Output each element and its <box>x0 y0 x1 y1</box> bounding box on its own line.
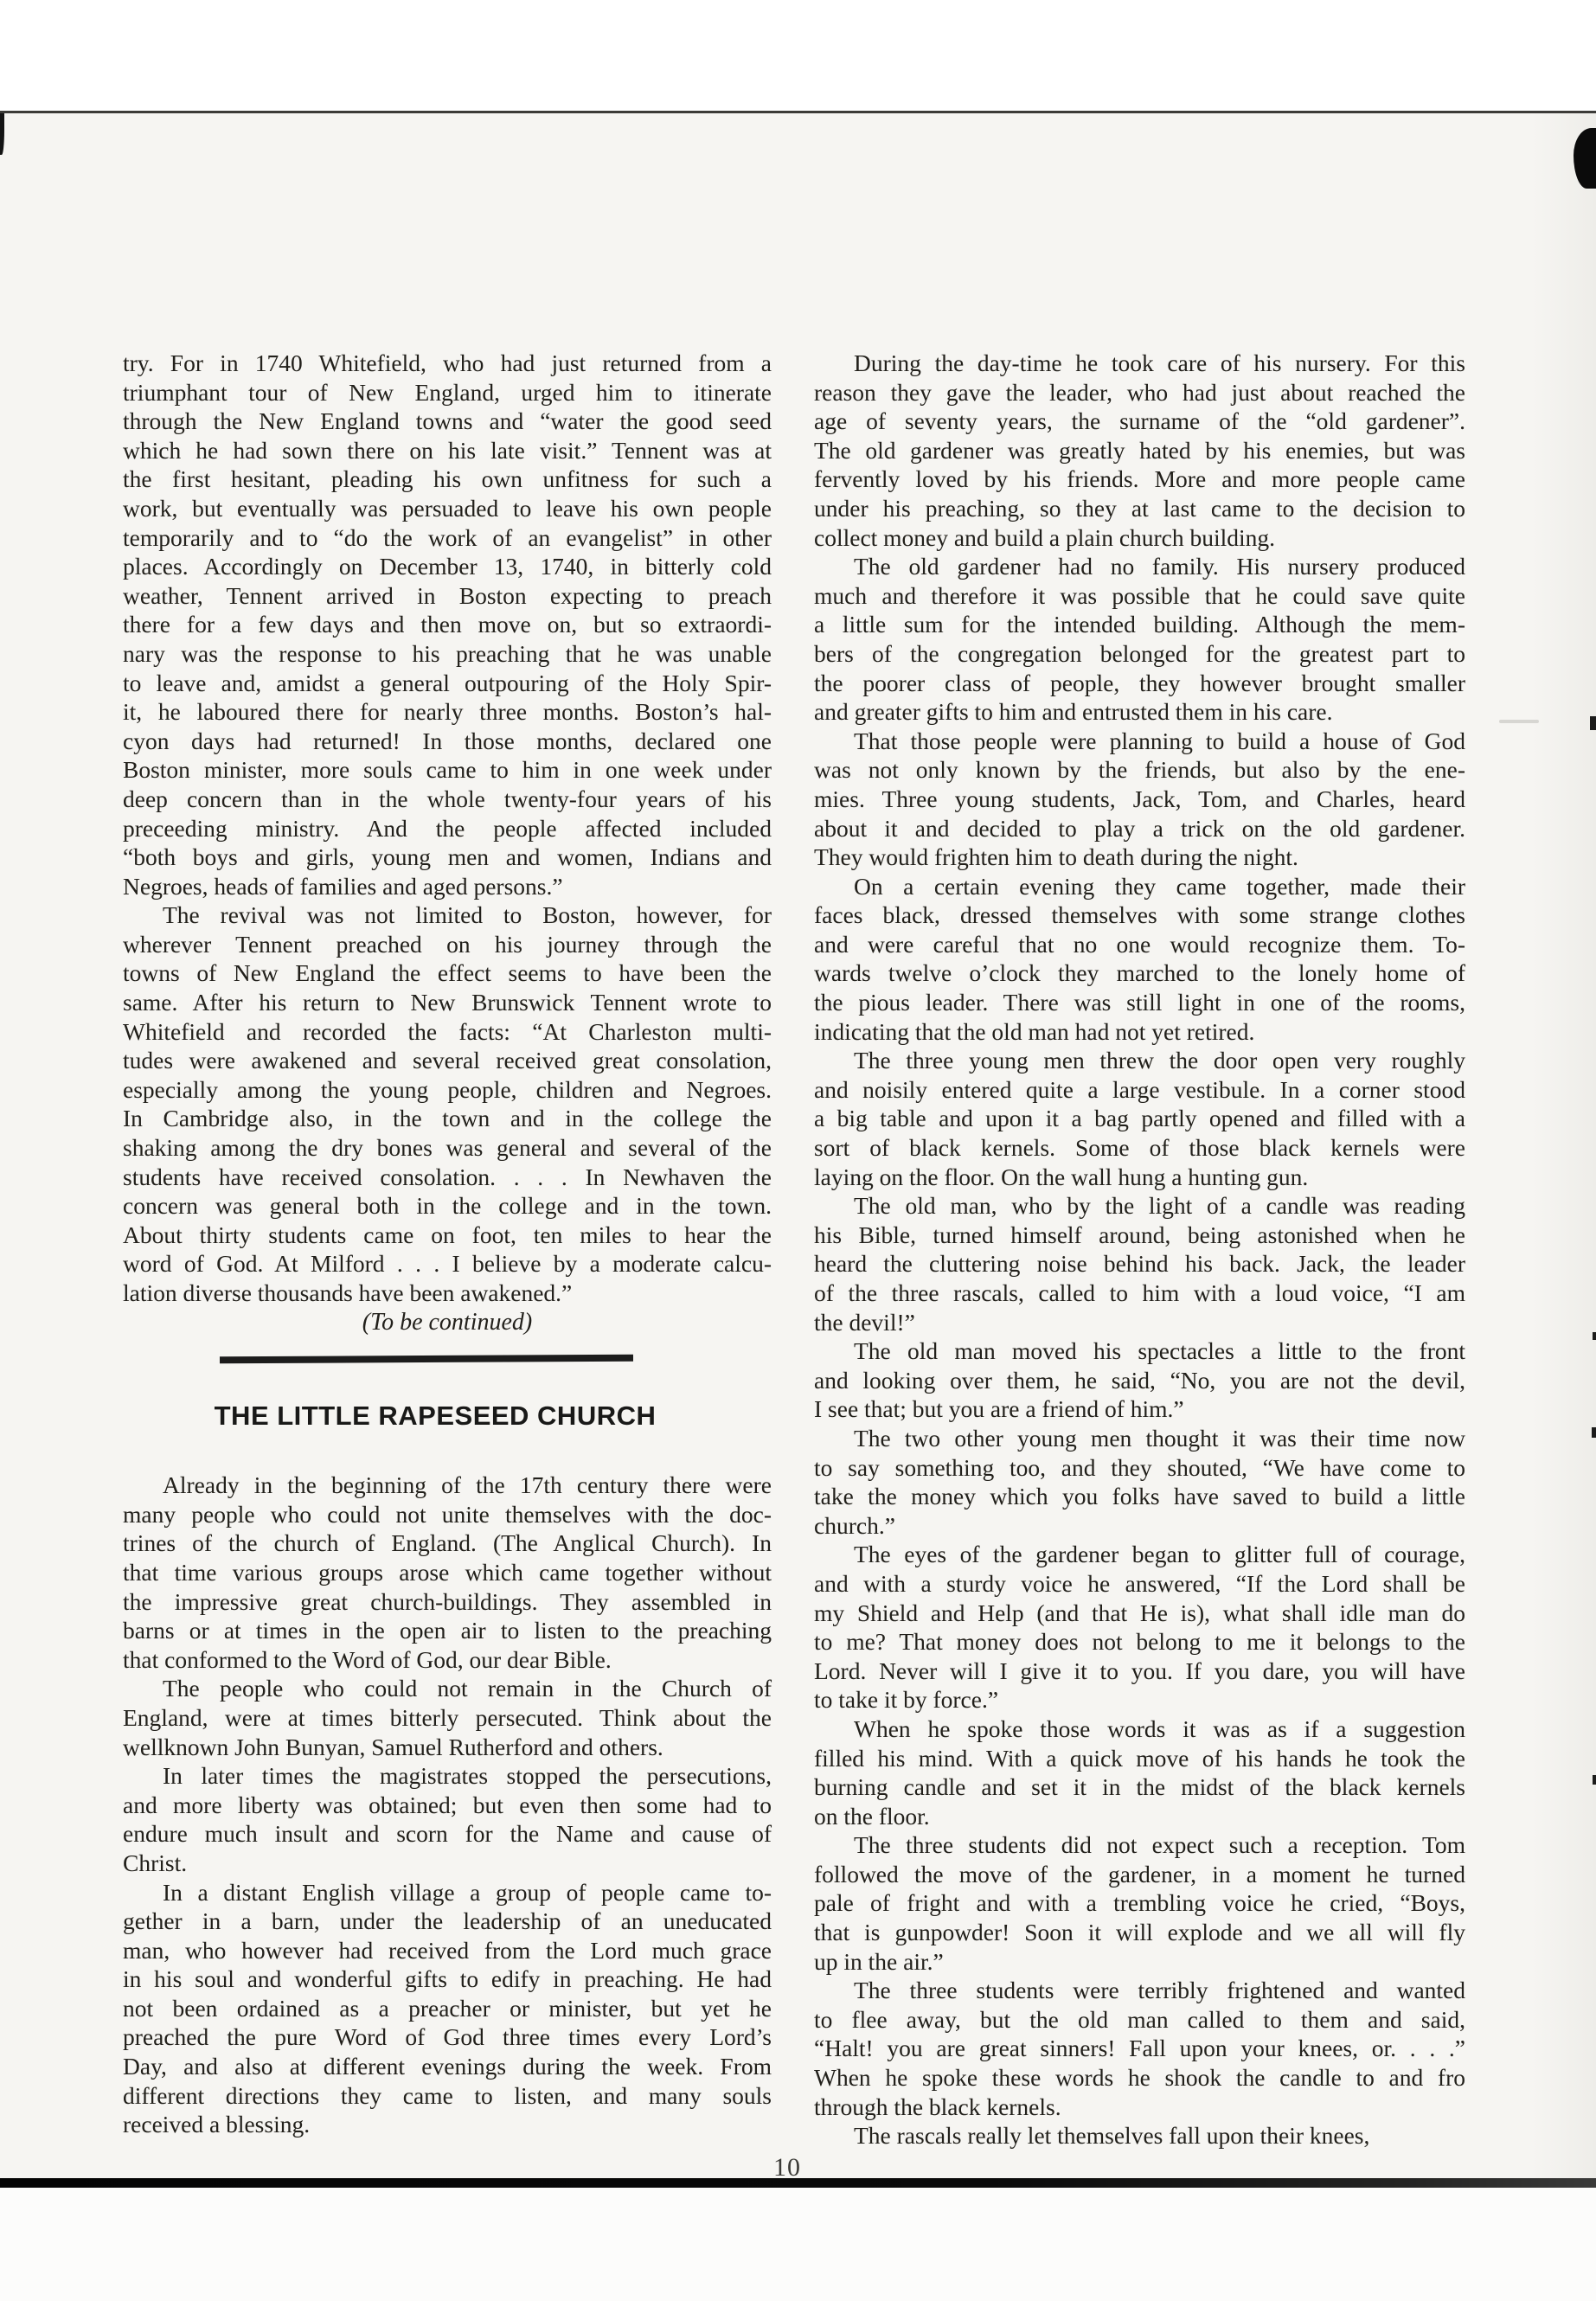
text-line: on the floor. <box>814 1802 1465 1831</box>
text-line: and more liberty was obtained; but even … <box>123 1791 772 1820</box>
text-line: When he spoke these words he shook the c… <box>814 2063 1465 2093</box>
paragraph: try. For in 1740 Whitefield, who had jus… <box>123 349 772 901</box>
paragraph: The old man moved his spectacles a littl… <box>814 1336 1465 1424</box>
text-line: work, but eventually was persuaded to le… <box>123 494 772 523</box>
scan-bottom-bar <box>0 2178 1596 2188</box>
text-line: try. For in 1740 Whitefield, who had jus… <box>123 349 772 378</box>
text-line: to me? That money does not belong to me … <box>814 1627 1465 1657</box>
text-line: wherever Tennent preached on his journey… <box>123 930 772 959</box>
text-line: same. After his return to New Brunswick … <box>123 988 772 1017</box>
text-line: burning candle and set it in the midst o… <box>814 1772 1465 1802</box>
text-line: The old man moved his spectacles a littl… <box>814 1336 1465 1366</box>
text-line: gether in a barn, under the leadership o… <box>123 1907 772 1936</box>
text-line: About thirty students came on foot, ten … <box>123 1221 772 1250</box>
text-line: Boston minister, more souls came to him … <box>123 755 772 785</box>
text-line: of the three rascals, called to him with… <box>814 1279 1465 1308</box>
text-line: about it and decided to play a trick on … <box>814 814 1465 843</box>
text-line: followed the move of the gardener, in a … <box>814 1860 1465 1889</box>
text-line: I see that; but you are a friend of him.… <box>814 1394 1465 1424</box>
text-line: England, were at times bitterly persecut… <box>123 1703 772 1733</box>
text-line: age of seventy years, the surname of the… <box>814 407 1465 436</box>
text-line: received a blessing. <box>123 2110 772 2139</box>
text-line: concern was general both in the college … <box>123 1191 772 1221</box>
text-line: under his preaching, so they at last cam… <box>814 494 1465 523</box>
text-line: fervently loved by his friends. More and… <box>814 465 1465 494</box>
text-line: “both boys and girls, young men and wome… <box>123 843 772 872</box>
paragraph: The people who could not remain in the C… <box>123 1674 772 1761</box>
text-line: places. Accordingly on December 13, 1740… <box>123 552 772 581</box>
text-line: The old man, who by the light of a candl… <box>814 1191 1465 1221</box>
text-line: to say something too, and they shouted, … <box>814 1453 1465 1483</box>
paragraph: When he spoke those words it was as if a… <box>814 1715 1465 1830</box>
text-line: wellknown John Bunyan, Samuel Rutherford… <box>123 1733 772 1762</box>
text-line: The three students did not expect such a… <box>814 1830 1465 1860</box>
paragraph: The old man, who by the light of a candl… <box>814 1191 1465 1336</box>
text-line: barns or at times in the open air to lis… <box>123 1616 772 1645</box>
text-line: preached the pure Word of God three time… <box>123 2022 772 2052</box>
text-line: triumphant tour of New England, urged hi… <box>123 378 772 407</box>
text-line: Already in the beginning of the 17th cen… <box>123 1471 772 1500</box>
text-line: through the New England towns and “water… <box>123 407 772 436</box>
text-line: The three students were terribly frighte… <box>814 1976 1465 2005</box>
text-line: Day, and also at different evenings duri… <box>123 2052 772 2081</box>
text-line: to flee away, but the old man called to … <box>814 2005 1465 2035</box>
scan-artifact-scratch <box>1499 720 1539 723</box>
text-line: word of God. At Milford . . . I believe … <box>123 1249 772 1279</box>
text-line: the first hesitant, pleading his own unf… <box>123 465 772 494</box>
text-line: Negroes, heads of families and aged pers… <box>123 872 772 901</box>
text-line: pale of fright and with a trembling voic… <box>814 1888 1465 1918</box>
text-line: his Bible, turned himself around, being … <box>814 1221 1465 1250</box>
text-column-left: try. For in 1740 Whitefield, who had jus… <box>123 349 772 2139</box>
text-line: lation diverse thousands have been awake… <box>123 1279 772 1308</box>
scan-artifact-tick <box>1590 716 1596 730</box>
text-line: Whitefield and recorded the facts: “At C… <box>123 1017 772 1047</box>
text-line: In a distant English village a group of … <box>123 1878 772 1907</box>
paragraph: Already in the beginning of the 17th cen… <box>123 1471 772 1674</box>
scan-artifact-tick <box>1593 1332 1596 1340</box>
paragraph: The three young men threw the door open … <box>814 1046 1465 1191</box>
text-line: students have received consolation. . . … <box>123 1163 772 1192</box>
text-line: They would frighten him to death during … <box>814 843 1465 872</box>
text-line: The revival was not limited to Boston, h… <box>123 901 772 930</box>
text-line: there for a few days and then move on, b… <box>123 610 772 639</box>
text-line: During the day-time he took care of his … <box>814 349 1465 378</box>
text-line: The old gardener had no family. His nurs… <box>814 552 1465 581</box>
text-line: not been ordained as a preacher or minis… <box>123 1994 772 2023</box>
text-line: cyon days had returned! In those months,… <box>123 727 772 756</box>
text-line: the pious leader. There was still light … <box>814 988 1465 1017</box>
paragraph: The three students were terribly frighte… <box>814 1976 1465 2121</box>
text-line: wards twelve o’clock they marched to the… <box>814 958 1465 988</box>
text-column-right: During the day-time he took care of his … <box>814 349 1465 2150</box>
text-line: When he spoke those words it was as if a… <box>814 1715 1465 1744</box>
paragraph: The three students did not expect such a… <box>814 1830 1465 1976</box>
text-line: The two other young men thought it was t… <box>814 1424 1465 1453</box>
text-line: sort of black kernels. Some of those bla… <box>814 1133 1465 1163</box>
text-line: nary was the response to his preaching t… <box>123 639 772 669</box>
text-line: a big table and upon it a bag partly ope… <box>814 1104 1465 1133</box>
text-line: that is gunpowder! Soon it will explode … <box>814 1918 1465 1947</box>
text-line: different directions they came to listen… <box>123 2081 772 2111</box>
text-line: that time various groups arose which cam… <box>123 1558 772 1587</box>
text-line: the impressive great church-buildings. T… <box>123 1587 772 1617</box>
text-line: faces black, dressed themselves with som… <box>814 901 1465 930</box>
text-line: filled his mind. With a quick move of hi… <box>814 1744 1465 1773</box>
text-line: The eyes of the gardener began to glitte… <box>814 1540 1465 1569</box>
text-line: take the money which you folks have save… <box>814 1482 1465 1511</box>
text-line: and were careful that no one would recog… <box>814 930 1465 959</box>
text-line: That those people were planning to build… <box>814 727 1465 756</box>
text-line: reason they gave the leader, who had jus… <box>814 378 1465 407</box>
paragraph: The two other young men thought it was t… <box>814 1424 1465 1540</box>
text-line: many people who could not unite themselv… <box>123 1500 772 1529</box>
text-line: towns of New England the effect seems to… <box>123 958 772 988</box>
scan-artifact-tick <box>1592 1427 1596 1438</box>
text-line: collect money and build a plain church b… <box>814 523 1465 553</box>
text-line: On a certain evening they came together,… <box>814 872 1465 901</box>
text-line: The rascals really let themselves fall u… <box>814 2121 1465 2150</box>
to-be-continued-note: (To be continued) <box>123 1308 772 1337</box>
text-line: In later times the magistrates stopped t… <box>123 1761 772 1791</box>
text-line: mies. Three young students, Jack, Tom, a… <box>814 785 1465 814</box>
text-line: preceeding ministry. And the people affe… <box>123 814 772 843</box>
text-line: and noisily entered quite a large vestib… <box>814 1075 1465 1105</box>
text-line: endure much insult and scorn for the Nam… <box>123 1819 772 1849</box>
text-line: deep concern than in the whole twenty-fo… <box>123 785 772 814</box>
text-line: church.” <box>814 1511 1465 1541</box>
text-line: up in the air.” <box>814 1947 1465 1977</box>
text-line: in his soul and wonderful gifts to edify… <box>123 1965 772 1994</box>
text-line: the devil!” <box>814 1308 1465 1337</box>
text-line: it, he laboured there for nearly three m… <box>123 697 772 727</box>
paragraph: In a distant English village a group of … <box>123 1878 772 2139</box>
text-line: heard the cluttering noise behind his ba… <box>814 1249 1465 1279</box>
scan-artifact-tick <box>1593 1775 1596 1785</box>
paragraph: During the day-time he took care of his … <box>814 349 1465 552</box>
paragraph: The rascals really let themselves fall u… <box>814 2121 1465 2150</box>
text-line: and greater gifts to him and entrusted t… <box>814 697 1465 727</box>
text-line: The people who could not remain in the C… <box>123 1674 772 1703</box>
text-line: Lord. Never will I give it to you. If yo… <box>814 1657 1465 1686</box>
scan-margin-bottom <box>0 2188 1596 2301</box>
text-line: to take it by force.” <box>814 1685 1465 1715</box>
text-line: The old gardener was greatly hated by hi… <box>814 436 1465 465</box>
text-line: laying on the floor. On the wall hung a … <box>814 1163 1465 1192</box>
article-title: THE LITTLE RAPESEED CHURCH <box>123 1400 772 1431</box>
text-line: was not only known by the friends, but a… <box>814 755 1465 785</box>
text-line: my Shield and Help (and that He is), wha… <box>814 1599 1465 1628</box>
text-line: “Halt! you are great sinners! Fall upon … <box>814 2034 1465 2063</box>
text-line: that conformed to the Word of God, our d… <box>123 1645 772 1675</box>
paragraph: The eyes of the gardener began to glitte… <box>814 1540 1465 1715</box>
text-line: much and therefore it was possible that … <box>814 581 1465 611</box>
text-line: weather, Tennent arrived in Boston expec… <box>123 581 772 611</box>
paragraph: That those people were planning to build… <box>814 727 1465 872</box>
text-line: and with a sturdy voice he answered, “If… <box>814 1569 1465 1599</box>
paragraph: In later times the magistrates stopped t… <box>123 1761 772 1877</box>
text-line: temporarily and to “do the work of an ev… <box>123 523 772 553</box>
scanned-page: try. For in 1740 Whitefield, who had jus… <box>0 113 1596 2181</box>
text-line: bers of the congregation belonged for th… <box>814 639 1465 669</box>
section-divider-rule <box>220 1355 633 1364</box>
text-line: The three young men threw the door open … <box>814 1046 1465 1075</box>
text-line: tudes were awakened and several received… <box>123 1046 772 1075</box>
text-line: especially among the young people, child… <box>123 1075 772 1105</box>
text-line: In Cambridge also, in the town and in th… <box>123 1104 772 1133</box>
text-line: through the black kernels. <box>814 2093 1465 2122</box>
text-line: which he had sown there on his late visi… <box>123 436 772 465</box>
text-line: indicating that the old man had not yet … <box>814 1017 1465 1047</box>
text-line: to leave and, amidst a general outpourin… <box>123 669 772 698</box>
paragraph: On a certain evening they came together,… <box>814 872 1465 1047</box>
paragraph: The revival was not limited to Boston, h… <box>123 901 772 1307</box>
text-line: shaking among the dry bones was general … <box>123 1133 772 1163</box>
text-line: a little sum for the intended building. … <box>814 610 1465 639</box>
text-line: and looking over them, he said, “No, you… <box>814 1366 1465 1395</box>
text-line: trines of the church of England. (The An… <box>123 1529 772 1558</box>
text-line: man, who however had received from the L… <box>123 1936 772 1965</box>
paragraph: The old gardener had no family. His nurs… <box>814 552 1465 727</box>
text-line: Christ. <box>123 1849 772 1878</box>
text-line: the poorer class of people, they however… <box>814 669 1465 698</box>
